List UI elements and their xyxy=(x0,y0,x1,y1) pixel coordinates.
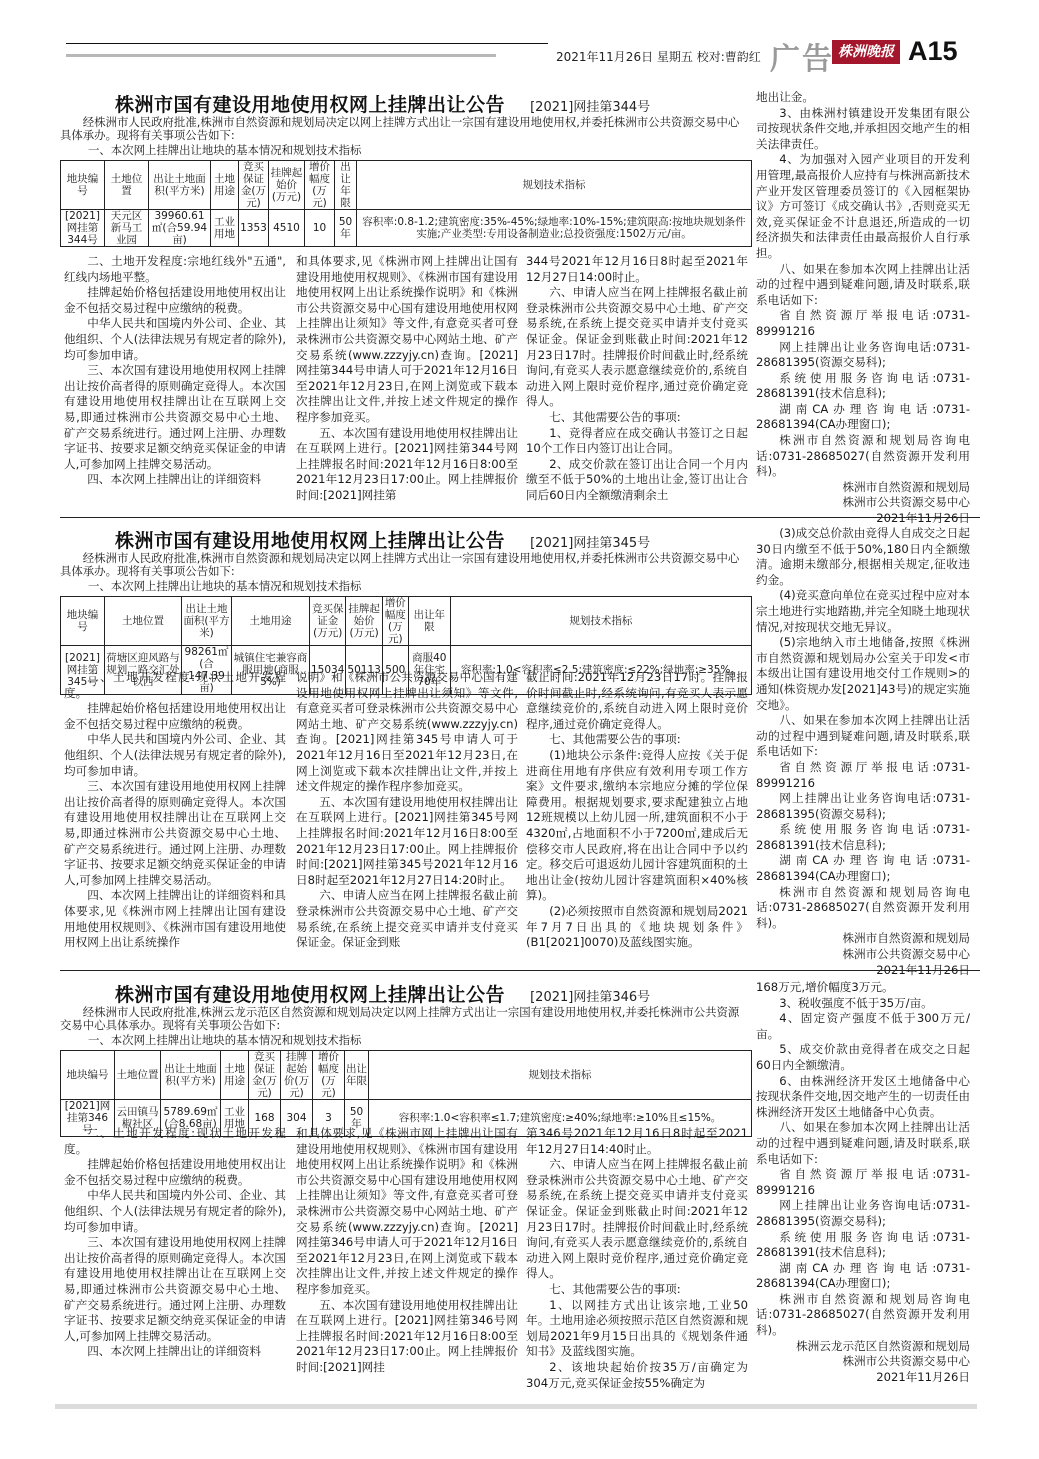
th-planning: 规划技术指标 xyxy=(357,161,752,210)
table-row: [2021]网挂第344号 天元区新马工业园 39960.61㎡(合59.94亩… xyxy=(61,210,752,247)
paragraph: 三、本次国有建设用地使用权网上挂牌出让按价高者得的原则确定竞得人。本次国有建设用… xyxy=(64,363,286,472)
th-parcel-no: 地块编号 xyxy=(61,161,105,210)
notice-intro: 经株洲市人民政府批准,株洲市自然资源和规划局决定以网上挂牌方式出让一宗国有建设用… xyxy=(60,552,750,578)
paragraph: 和具体要求,见《株洲市网上挂牌出让国有建设用地使用权规则》、《株洲市国有建设用地… xyxy=(296,254,518,426)
paragraph: 中华人民共和国境内外公司、企业、其他组织、个人(法律法规另有规定者的除外),均可… xyxy=(64,732,286,779)
paragraph: 株洲市自然资源和规划局咨询电话:0731-28685027(自然资源开发利用科)… xyxy=(756,1292,970,1339)
paragraph: 4、固定资产强度不低于300万元/亩。 xyxy=(756,1011,970,1042)
paragraph: 地出让金。 xyxy=(756,90,970,106)
section-divider xyxy=(60,517,980,518)
text-column-1: 二、土地开发程度:宗地红线外"五通",红线内场地平整。 挂牌起始价格包括建设用地… xyxy=(64,254,286,488)
text-column-4: (3)成交总价款由竞得人自成交之日起30日内缴至不低于50%,180日内全额缴清… xyxy=(756,526,970,978)
th-location: 土地位置 xyxy=(105,597,182,646)
paragraph: 株洲市自然资源和规划局咨询电话:0731-28685027(自然资源开发利用科)… xyxy=(756,885,970,932)
paragraph: 中华人民共和国境内外公司、企业、其他组织、个人(法律法规另有规定者的除外),均可… xyxy=(64,316,286,363)
paragraph: 三、本次国有建设用地使用权网上挂牌出让按价高者得的原则确定竞得人。本次国有建设用… xyxy=(64,779,286,888)
cell-deposit: 1353 xyxy=(239,210,269,247)
paragraph: 挂牌起始价格包括建设用地使用权出让金不包括交易过程中应缴纳的税费。 xyxy=(64,1157,286,1188)
th-location: 土地位置 xyxy=(105,161,149,210)
paragraph: 二、土地开发程度:宗地红线外"五通",红线内场地平整。 xyxy=(64,254,286,285)
paragraph: 344号2021年12月16日8时起至2021年12月27日14:00时止。 xyxy=(526,254,748,285)
signature-center: 株洲市公共资源交易中心 xyxy=(756,947,970,963)
notice-title: 株洲市国有建设用地使用权网上挂牌出让公告 xyxy=(115,94,505,116)
th-area: 出让土地面积(平方米) xyxy=(161,1051,221,1100)
paragraph: 五、本次国有建设用地使用权挂牌出让在互联网上进行。[2021]网挂第345号网上… xyxy=(296,795,518,889)
paragraph: 二、土地开发程度:现状土地开发程度。 xyxy=(64,670,286,701)
notice-number: [2021]网挂第346号 xyxy=(530,990,650,1005)
text-column-4: 地出让金。 3、由株洲村镇建设开发集团有限公司按现状条件交地,并承担因交地产生的… xyxy=(756,90,970,527)
paragraph: 网上挂牌出让业务咨询电话:0731-28681395(资源交易科); xyxy=(756,791,970,822)
paragraph: (4)竞买意向单位在竞买过程中应对本宗土地进行实地踏勘,并完全知晓土地现状情况,… xyxy=(756,588,970,635)
th-term: 出让年限 xyxy=(335,161,357,210)
masthead-date-line: 2021年11月26日 星期五 校对:曹韵红 xyxy=(556,48,761,65)
text-column-1: 二、土地开发程度:现状土地开发程度。 挂牌起始价格包括建设用地使用权出让金不包括… xyxy=(64,670,286,951)
section-one-heading: 一、本次网上挂牌出让地块的基本情况和规划技术指标 xyxy=(88,144,361,157)
cell-term: 50年 xyxy=(335,210,357,247)
th-planning: 规划技术指标 xyxy=(369,1051,752,1100)
page-number: A15 xyxy=(908,36,958,67)
paragraph: 省自然资源厅举报电话:0731-89991216 xyxy=(756,308,970,339)
table-header-row: 地块编号 土地位置 出让土地面积(平方米) 土地用途 竞买保证金(万元) 挂牌起… xyxy=(61,1051,752,1100)
th-parcel-no: 地块编号 xyxy=(61,1051,115,1100)
notice-title-row: 株洲市国有建设用地使用权网上挂牌出让公告 [2021]网挂第344号 xyxy=(115,90,650,117)
table-header-row: 地块编号 土地位置 出让土地面积(平方米) 土地用途 竞买保证金(万元) 挂牌起… xyxy=(61,597,752,646)
notice-title-row: 株洲市国有建设用地使用权网上挂牌出让公告 [2021]网挂第346号 xyxy=(115,980,650,1007)
paragraph: 挂牌起始价格包括建设用地使用权出让金不包括交易过程中应缴纳的税费。 xyxy=(64,285,286,316)
signature-date: 2021年11月26日 xyxy=(756,1370,970,1386)
paragraph: 四、本次网上挂牌出让的详细资料 xyxy=(64,1344,286,1360)
paragraph: 七、其他需要公告的事项: xyxy=(526,1282,748,1298)
th-planning: 规划技术指标 xyxy=(450,597,751,646)
section-divider xyxy=(60,970,980,971)
paragraph: 1、以网挂方式出让该宗地,工业50年。土地用途必须按照示范区自然资源和规划局20… xyxy=(526,1298,748,1360)
th-start-price: 挂牌起始价(万元) xyxy=(346,597,382,646)
paragraph: 中华人民共和国境内外公司、企业、其他组织、个人(法律法规另有规定者的除外),均可… xyxy=(64,1188,286,1235)
paragraph: 七、其他需要公告的事项: xyxy=(526,410,748,426)
paragraph: 网上挂牌出让业务咨询电话:0731-28681395(资源交易科); xyxy=(756,340,970,371)
cell-use: 工业用地 xyxy=(211,210,239,247)
section-one-heading: 一、本次网上挂牌出让地块的基本情况和规划技术指标 xyxy=(88,1034,361,1047)
paragraph: 系统使用服务咨询电话:0731-28681391(技术信息科); xyxy=(756,822,970,853)
paragraph: 截止时间:2021年12月23日17时。挂牌报价时间截止时,经系统询问,有竞买人… xyxy=(526,670,748,732)
th-increment: 增价幅度(万元) xyxy=(305,161,335,210)
text-column-2: 和具体要求,见《株洲市网上挂牌出让国有建设用地使用权规则》、《株洲市国有建设用地… xyxy=(296,1126,518,1376)
paragraph: (1)地块公示条件:竞得人应按《关于促进商住用地有序供应有效利用专项工作方案》文… xyxy=(526,748,748,904)
text-column-2: 说明》和《株洲市公共资源交易中心国有建设用地使用权网上挂牌出让须知》等文件,有意… xyxy=(296,670,518,951)
th-increment: 增价幅度(万元) xyxy=(382,597,408,646)
cell-planning: 容积率:0.8-1.2;建筑密度:35%-45%;绿地率:10%-15%;建筑限… xyxy=(357,210,752,247)
paragraph: (2)必须按照市自然资源和规划局2021年7月7日出具的《地块规划条件》(B1[… xyxy=(526,904,748,951)
th-start-price: 挂牌起始价(万元) xyxy=(269,161,305,210)
signature-bureau: 株洲市自然资源和规划局 xyxy=(756,931,970,947)
section-one-heading: 一、本次网上挂牌出让地块的基本情况和规划技术指标 xyxy=(88,580,361,593)
notice-title-row: 株洲市国有建设用地使用权网上挂牌出让公告 [2021]网挂第345号 xyxy=(115,526,650,553)
paragraph: 4、为加强对入园产业项目的开发利用管理,最高报价人应持有与株洲高新技术产业开发区… xyxy=(756,152,970,261)
paragraph: 二、土地开发程度:现状土地开发程度。 xyxy=(64,1126,286,1157)
paragraph: (5)宗地纳入市土地储备,按照《株洲市自然资源和规划局办公室关于印发<市本级出让… xyxy=(756,635,970,713)
paragraph: 六、申请人应当在网上挂牌报名截止前登录株洲市公共资源交易中心土地、矿产交易系统,… xyxy=(296,888,518,950)
paragraph: 六、申请人应当在网上挂牌报名截止前登录株洲市公共资源交易中心土地、矿产交易系统,… xyxy=(526,1157,748,1282)
signature-center: 株洲市公共资源交易中心 xyxy=(756,1354,970,1370)
section-label: 广告 xyxy=(770,34,834,78)
th-parcel-no: 地块编号 xyxy=(61,597,105,646)
cell-location: 天元区新马工业园 xyxy=(105,210,149,247)
paragraph: 和具体要求,见《株洲市网上挂牌出让国有建设用地使用权规则》、《株洲市国有建设用地… xyxy=(296,1126,518,1298)
cell-increment: 10 xyxy=(305,210,335,247)
paragraph: 八、如果在参加本次网上挂牌出让活动的过程中遇到疑难问题,请及时联系,联系电话如下… xyxy=(756,713,970,760)
notice-title: 株洲市国有建设用地使用权网上挂牌出让公告 xyxy=(115,530,505,552)
paragraph: 五、本次国有建设用地使用权挂牌出让在互联网上进行。[2021]网挂第344号网上… xyxy=(296,426,518,504)
th-use: 土地用途 xyxy=(211,161,239,210)
th-deposit: 竞买保证金(万元) xyxy=(310,597,346,646)
paragraph: 三、本次国有建设用地使用权网上挂牌出让按价高者得的原则确定竞得人。本次国有建设用… xyxy=(64,1235,286,1344)
paragraph: 湖南CA办理咨询电话:0731-28681394(CA办理窗口); xyxy=(756,853,970,884)
paragraph: 2、该地块起始价按35万/亩确定为304万元,竞买保证金按55%确定为 xyxy=(526,1360,748,1391)
paragraph: 168万元,增价幅度3万元。 xyxy=(756,980,970,996)
paragraph: 四、本次网上挂牌出让的详细资料和具体要求,见《株洲市网上挂牌出让国有建设用地使用… xyxy=(64,888,286,950)
paragraph: 1、竞得者应在成交确认书签订之日起10个工作日内签订出让合同。 xyxy=(526,426,748,457)
paragraph: 3、由株洲村镇建设开发集团有限公司按现状条件交地,并承担因交地产生的相关法律责任… xyxy=(756,106,970,153)
paragraph: 3、税收强度不低于35万/亩。 xyxy=(756,996,970,1012)
paragraph: 省自然资源厅举报电话:0731-89991216 xyxy=(756,1167,970,1198)
th-area: 出让土地面积(平方米) xyxy=(149,161,211,210)
paragraph: 系统使用服务咨询电话:0731-28681391(技术信息科); xyxy=(756,1230,970,1261)
land-info-table: 地块编号 土地位置 出让土地面积(平方米) 土地用途 竞买保证金(万元) 挂牌起… xyxy=(60,1050,752,1137)
th-term: 出让年限 xyxy=(345,1051,369,1100)
paragraph: 挂牌起始价格包括建设用地使用权出让金不包括交易过程中应缴纳的税费。 xyxy=(64,701,286,732)
notice-344: 株洲市国有建设用地使用权网上挂牌出让公告 [2021]网挂第344号 经株洲市人… xyxy=(60,90,980,510)
th-deposit: 竞买保证金(万元) xyxy=(249,1051,281,1100)
paragraph: 6、由株洲经济开发区土地储备中心按现状条件交地,因交地产生的一切责任由株洲经济开… xyxy=(756,1074,970,1121)
th-start-price: 挂牌起始价(万元) xyxy=(281,1051,313,1100)
text-column-3: 截止时间:2021年12月23日17时。挂牌报价时间截止时,经系统询问,有竞买人… xyxy=(526,670,748,951)
paragraph: 株洲市自然资源和规划局咨询电话:0731-28685027(自然资源开发利用科)… xyxy=(756,433,970,480)
cell-start-price: 4510 xyxy=(269,210,305,247)
page-bottom-bar xyxy=(55,1404,977,1409)
th-use: 土地用途 xyxy=(221,1051,249,1100)
paragraph: 四、本次网上挂牌出让的详细资料 xyxy=(64,472,286,488)
paragraph: (3)成交总价款由竞得人自成交之日起30日内缴至不低于50%,180日内全额缴清… xyxy=(756,526,970,588)
paragraph: 系统使用服务咨询电话:0731-28681391(技术信息科); xyxy=(756,371,970,402)
text-column-4: 168万元,增价幅度3万元。 3、税收强度不低于35万/亩。 4、固定资产强度不… xyxy=(756,980,970,1385)
paragraph: 七、其他需要公告的事项: xyxy=(526,732,748,748)
signature-bureau: 株洲市自然资源和规划局 xyxy=(756,480,970,496)
paragraph: 省自然资源厅举报电话:0731-89991216 xyxy=(756,760,970,791)
signature-bureau: 株洲云龙示范区自然资源和规划局 xyxy=(756,1339,970,1355)
paragraph: 说明》和《株洲市公共资源交易中心国有建设用地使用权网上挂牌出让须知》等文件,有意… xyxy=(296,670,518,795)
text-column-3: 第346号2021年12月16日8时起至2021年12月27日14:40时止。 … xyxy=(526,1126,748,1391)
notice-intro: 经株洲市人民政府批准,株洲市自然资源和规划局决定以网上挂牌方式出让一宗国有建设用… xyxy=(60,116,750,142)
signature-center: 株洲市公共资源交易中心 xyxy=(756,495,970,511)
text-column-2: 和具体要求,见《株洲市网上挂牌出让国有建设用地使用权规则》、《株洲市国有建设用地… xyxy=(296,254,518,504)
paragraph: 5、成交价款由竞得者在成交之日起60日内全额缴清。 xyxy=(756,1042,970,1073)
paragraph: 八、如果在参加本次网上挂牌出让活动的过程中遇到疑难问题,请及时联系,联系电话如下… xyxy=(756,262,970,309)
paragraph: 网上挂牌出让业务咨询电话:0731-28681395(资源交易科); xyxy=(756,1198,970,1229)
notice-345: 株洲市国有建设用地使用权网上挂牌出让公告 [2021]网挂第345号 经株洲市人… xyxy=(60,526,980,966)
paragraph: 第346号2021年12月16日8时起至2021年12月27日14:40时止。 xyxy=(526,1126,748,1157)
paragraph: 八、如果在参加本次网上挂牌出让活动的过程中遇到疑难问题,请及时联系,联系电话如下… xyxy=(756,1120,970,1167)
text-column-3: 344号2021年12月16日8时起至2021年12月27日14:00时止。 六… xyxy=(526,254,748,504)
paragraph: 湖南CA办理咨询电话:0731-28681394(CA办理窗口); xyxy=(756,1261,970,1292)
paragraph: 六、申请人应当在网上挂牌报名截止前登录株洲市公共资源交易中心土地、矿产交易系统,… xyxy=(526,285,748,410)
paragraph: 2、成交价款在签订出让合同一个月内缴至不低于50%的土地出让金,签订出让合同后6… xyxy=(526,457,748,504)
th-area: 出让土地面积(平方米) xyxy=(182,597,232,646)
notice-intro: 经株洲市人民政府批准,株洲云龙示范区自然资源和规划局决定以网上挂牌方式出让一宗国… xyxy=(60,1006,750,1032)
th-increment: 增价幅度(万元) xyxy=(313,1051,345,1100)
notice-number: [2021]网挂第345号 xyxy=(530,536,650,551)
th-location: 土地位置 xyxy=(115,1051,161,1100)
th-term: 出让年限 xyxy=(408,597,450,646)
notice-346: 株洲市国有建设用地使用权网上挂牌出让公告 [2021]网挂第346号 经株洲市人… xyxy=(60,980,980,1390)
land-info-table: 地块编号 土地位置 出让土地面积(平方米) 土地用途 竞买保证金(万元) 挂牌起… xyxy=(60,160,752,247)
paragraph: 湖南CA办理咨询电话:0731-28681394(CA办理窗口); xyxy=(756,402,970,433)
paragraph: 五、本次国有建设用地使用权挂牌出让在互联网上进行。[2021]网挂第346号网上… xyxy=(296,1298,518,1376)
table-header-row: 地块编号 土地位置 出让土地面积(平方米) 土地用途 竞买保证金(万元) 挂牌起… xyxy=(61,161,752,210)
notice-title: 株洲市国有建设用地使用权网上挂牌出让公告 xyxy=(115,984,505,1006)
cell-parcel-no: [2021]网挂第344号 xyxy=(61,210,105,247)
signature-date: 2021年11月26日 xyxy=(756,511,970,527)
cell-area: 39960.61㎡(合59.94亩) xyxy=(149,210,211,247)
paper-logo: 株洲晚报 xyxy=(832,40,900,64)
th-deposit: 竞买保证金(万元) xyxy=(239,161,269,210)
masthead-gray-bar xyxy=(66,54,496,57)
notice-number: [2021]网挂第344号 xyxy=(530,100,650,115)
th-use: 土地用途 xyxy=(232,597,310,646)
text-column-1: 二、土地开发程度:现状土地开发程度。 挂牌起始价格包括建设用地使用权出让金不包括… xyxy=(64,1126,286,1360)
masthead-rule xyxy=(66,43,548,44)
